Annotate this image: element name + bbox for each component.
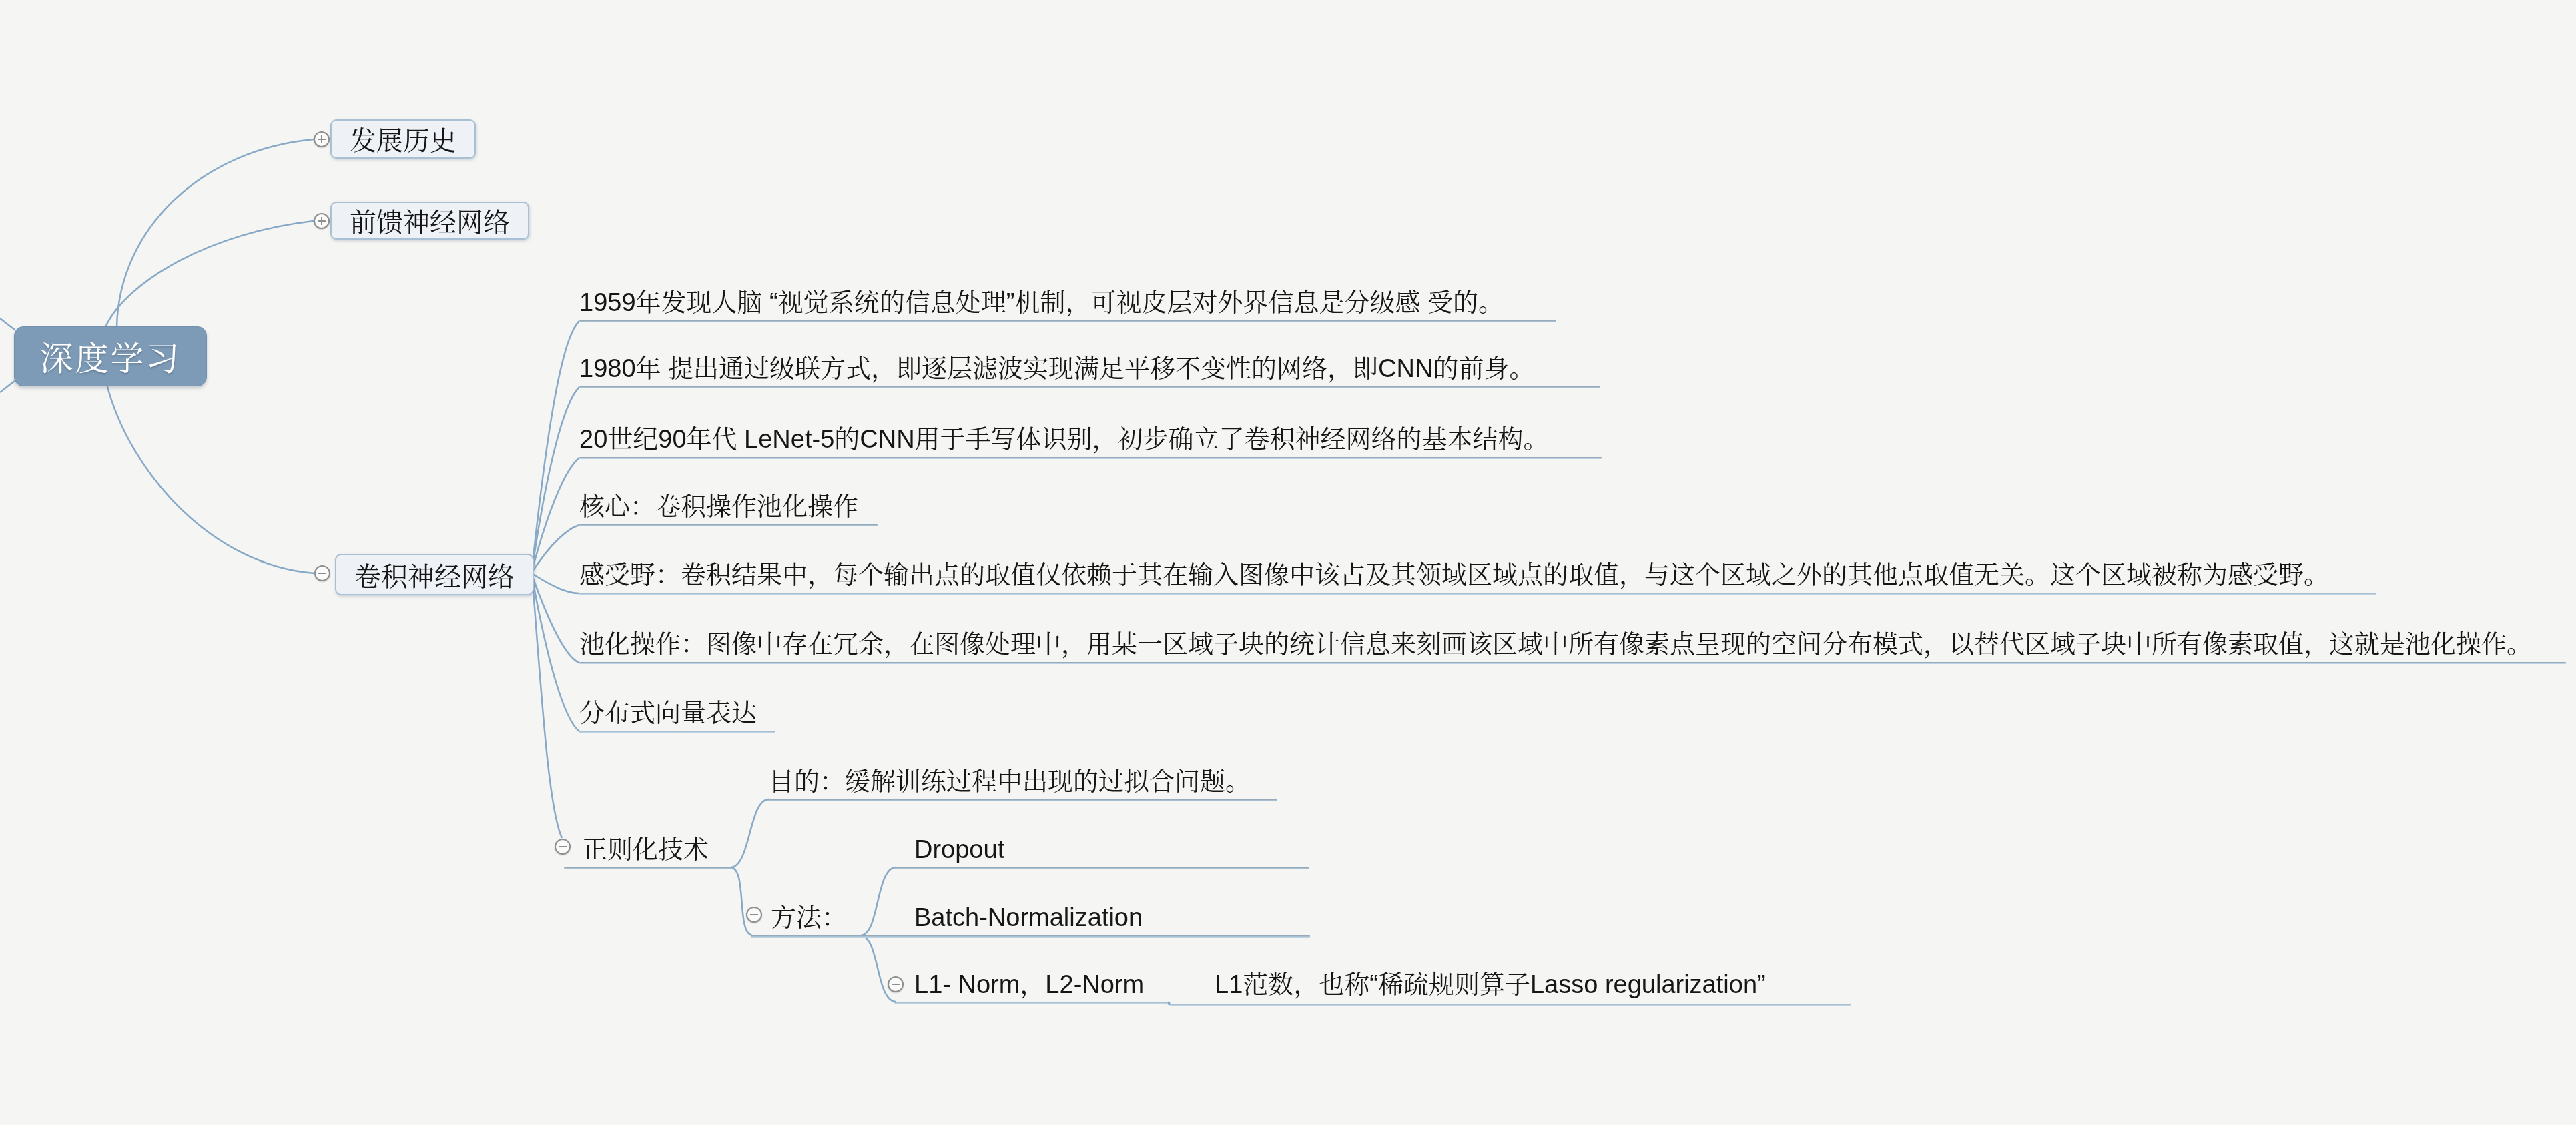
topic-underline	[579, 731, 775, 733]
connector-method-to-l1norm	[861, 935, 896, 1002]
topic-regularization-purpose[interactable]: 目的：缓解训练过程中出现的过拟合问题。	[769, 766, 1251, 798]
topic-underline	[579, 320, 1556, 322]
connector-regularization-to-method	[731, 867, 752, 935]
expand-plus-icon[interactable]	[314, 213, 330, 229]
collapse-minus-icon[interactable]	[888, 976, 904, 992]
topic-underline	[579, 662, 2566, 664]
connector-cnn-to-row6	[533, 577, 579, 663]
connector-cnn-to-row1	[533, 321, 579, 564]
branch-topic-development-history[interactable]: 发展历史	[330, 119, 476, 159]
connector-root-to-development-history	[117, 139, 314, 327]
topic-l1-l2-norm[interactable]: L1- Norm，L2-Norm	[914, 969, 1144, 1001]
connector-root-to-feedforward	[105, 221, 314, 327]
topic-core-operations[interactable]: 核心：卷积操作池化操作	[579, 491, 858, 523]
topic-1980-cascade[interactable]: 1980年 提出通过级联方式，即逐层滤波实现满足平移不变性的网络，即CNN的前身…	[579, 353, 1534, 385]
topic-underline	[1170, 1004, 1851, 1006]
branch-topic-feedforward-network[interactable]: 前馈神经网络	[330, 202, 529, 240]
connector-method-to-dropout	[861, 867, 896, 935]
topic-distributed-vector[interactable]: 分布式向量表达	[579, 697, 757, 729]
collapse-minus-icon[interactable]	[555, 839, 571, 855]
connector-root-offcanvas-bottom-left	[0, 381, 15, 392]
topic-underline	[579, 386, 1600, 388]
topic-dropout[interactable]: Dropout	[914, 834, 1004, 866]
topic-pooling[interactable]: 池化操作：图像中存在冗余，在图像处理中，用某一区域子块的统计信息来刻画该区域中所…	[579, 629, 2532, 661]
connector-regularization-to-purpose	[731, 799, 769, 867]
topic-underline	[894, 1002, 1168, 1004]
root-topic-deep-learning[interactable]: 深度学习	[14, 326, 207, 386]
connector-cnn-to-row7	[533, 579, 579, 731]
branch-topic-cnn[interactable]: 卷积神经网络	[335, 554, 534, 595]
expand-plus-icon[interactable]	[314, 131, 330, 147]
topic-underline	[767, 799, 1277, 801]
topic-regularization[interactable]: 正则化技术	[582, 834, 709, 866]
connector-cnn-to-row4	[533, 525, 579, 571]
connector-root-to-cnn	[107, 384, 314, 573]
topic-lenet5[interactable]: 20世纪90年代 LeNet-5的CNN用于手写体识别，初步确立了卷积神经网络的…	[579, 424, 1549, 456]
connector-cnn-to-row2	[533, 387, 579, 566]
connector-root-offcanvas-top-left	[0, 318, 15, 330]
mindmap-canvas: 深度学习 发展历史 前馈神经网络 卷积神经网络 1959年发现人脑 “视觉系统的…	[0, 0, 2576, 1125]
topic-receptive-field[interactable]: 感受野：卷积结果中，每个输出点的取值仅依赖于其在输入图像中该占及其领域区域点的取…	[579, 559, 2329, 591]
collapse-minus-icon[interactable]	[314, 565, 330, 581]
connector-cnn-to-row5	[533, 574, 579, 593]
topic-batch-normalization[interactable]: Batch-Normalization	[914, 902, 1143, 934]
topic-underline	[894, 867, 1309, 869]
topic-method[interactable]: 方法：	[771, 902, 847, 934]
topic-underline	[564, 867, 732, 869]
collapse-minus-icon[interactable]	[746, 907, 762, 923]
connector-cnn-to-regularization	[533, 582, 562, 838]
topic-1959-visual-system[interactable]: 1959年发现人脑 “视觉系统的信息处理”机制，可视皮层对外界信息是分级感 受的…	[579, 287, 1504, 319]
topic-underline	[751, 935, 1310, 937]
topic-l1-norm-note[interactable]: L1范数，也称“稀疏规则算子Lasso regularization”	[1215, 969, 1766, 1001]
topic-underline	[579, 593, 2376, 595]
topic-underline	[579, 524, 878, 526]
topic-underline	[579, 457, 1602, 459]
connector-cnn-to-row3	[533, 458, 579, 569]
